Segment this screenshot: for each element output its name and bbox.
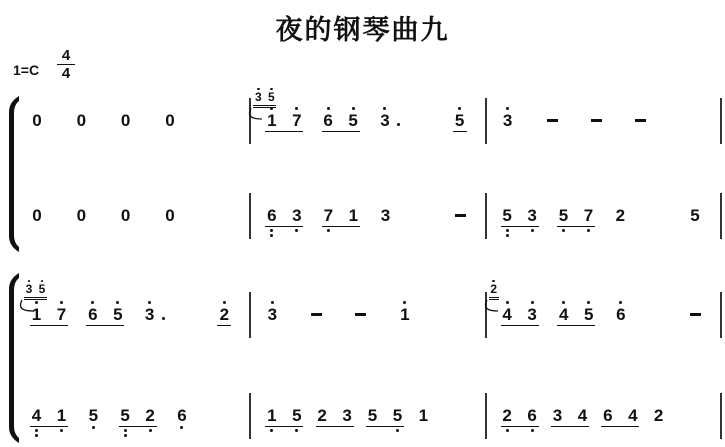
rest-note: 0 [163,103,177,129]
note-pair: 64 [601,398,639,440]
note-pair: 65 [322,103,360,145]
measure: 35176532 [22,297,249,339]
note-digit: 4 [501,306,514,323]
note-digit: 5 [290,407,303,424]
note-column [501,326,514,339]
measure: 243456 [487,297,720,339]
note-pair: 41 [30,398,68,440]
note-column [55,427,68,440]
rest-note: 0 [74,198,88,224]
beam-line [453,131,467,132]
note-pair: 55 [366,398,404,440]
measure: 415526 [22,398,249,440]
rest-note: 0 [30,103,44,129]
dash-glyph [355,313,366,316]
note-digit: 0 [119,112,133,129]
sustain-dash [354,297,367,316]
octave-dots-below [295,427,298,440]
octave-dots-below [124,427,127,440]
pair-octave-dots [119,427,157,440]
octave-dot [562,301,565,304]
octave-dots-below [295,227,298,240]
note-column: 4 [576,398,589,424]
note-column [557,227,570,240]
measure: 2634642 [487,398,720,440]
note-column: 5 [557,198,570,224]
octave-dot [587,301,590,304]
time-signature: 4 4 [57,47,75,82]
note-column [265,427,278,440]
pair-digits: 65 [322,103,360,129]
dash-glyph [591,119,602,122]
note-digit: 1 [265,407,278,424]
note-digit: 3 [341,407,354,424]
time-signature-denominator: 4 [57,65,75,82]
dash-glyph [690,313,701,316]
grace-beam-line [489,297,499,298]
note-column: 7 [322,198,335,224]
octave-dot [295,429,298,432]
pair-digits: 17 [30,297,68,323]
pair-octave-dots [557,227,595,240]
note-digit: 7 [322,207,335,224]
octave-dot [148,301,151,304]
pair-digits: 65 [86,297,124,323]
pair-octave-dots [86,326,124,339]
octave-dot [180,426,183,429]
pair-digits: 52 [119,398,157,424]
octave-dot [60,301,63,304]
octave-dot [587,229,590,232]
note-column: 2 [501,398,514,424]
octave-dot [149,429,152,432]
note-digit: 3 [253,91,263,103]
note-digit: 3 [378,207,392,224]
note-pair: 53 [501,198,539,240]
octave-dot [352,107,355,110]
note-column: 5 [290,398,303,424]
dash-glyph [455,214,466,217]
beam-line [217,325,231,326]
note-digit: 6 [175,407,189,424]
duration-dot [162,317,165,320]
note-digit: 4 [30,407,43,424]
note: 3 [378,103,392,129]
note-digit: 0 [74,207,88,224]
note-digit: 1 [55,407,68,424]
note-pair: 45 [557,297,595,339]
note-digit: 4 [576,407,589,424]
note-digit: 5 [37,283,47,295]
note-digit: 5 [119,407,132,424]
note-digit: 6 [265,207,278,224]
note-digit: 3 [265,306,279,323]
pair-octave-dots [265,427,303,440]
spacer [443,297,467,307]
measure: 535725 [487,198,720,240]
note-column: 3 [24,278,34,295]
spacer [646,297,670,307]
octave-dot [506,234,509,237]
note-digit: 5 [391,407,404,424]
octave-dot [562,229,565,232]
spacer [411,198,435,208]
spacer [678,103,702,113]
pair-octave-dots [501,427,539,440]
note-digit: 0 [74,112,88,129]
note-column: 3 [526,198,539,224]
pair-digits: 15 [265,398,303,424]
note-column [316,427,329,440]
note-column [322,227,335,240]
note-column: 6 [265,198,278,224]
pair-octave-dots [316,427,354,440]
note-column: 7 [290,103,303,129]
rest-note: 0 [119,103,133,129]
note-digit: 0 [119,207,133,224]
note-column [366,427,379,440]
octave-dots-below [531,427,534,440]
pair-octave-dots [366,427,404,440]
note-column [557,326,570,339]
note-column: 5 [347,103,360,129]
octave-dot [124,429,127,432]
octave-dot [506,301,509,304]
pair-octave-dots [265,132,303,145]
note-digit: 6 [614,306,628,323]
octave-dot [619,301,622,304]
sustain-dash [310,297,323,316]
note-column [30,326,43,339]
note-column: 7 [582,198,595,224]
note-column: 1 [347,198,360,224]
octave-dots-below [92,424,95,437]
spacer [207,103,231,113]
measure: 3 [487,103,720,129]
note-column: 3 [526,297,539,323]
rest-note: 0 [74,103,88,129]
note-digit: 5 [366,407,379,424]
note-digit: 3 [501,112,515,129]
pair-digits: 43 [501,297,539,323]
note-column [55,326,68,339]
note-column: 5 [391,398,404,424]
note-digit: 7 [55,306,68,323]
note-digit: 0 [30,112,44,129]
note-digit: 2 [501,407,514,424]
spacer [443,398,467,408]
spacer [175,297,199,307]
octave-dot [92,426,95,429]
octave-dot [124,434,127,437]
note-digit: 6 [322,112,335,129]
note-column: 3 [551,398,564,424]
note-digit: 6 [526,407,539,424]
octave-dot [270,234,273,237]
note-column [111,326,124,339]
note-digit: 6 [601,407,614,424]
octave-dots-below [60,427,63,440]
note-column: 5 [119,398,132,424]
octave-dots-below [587,227,590,240]
note-digit: 2 [652,407,666,424]
octave-dot [458,107,461,110]
note-column [265,132,278,145]
pair-octave-dots [322,132,360,145]
rest-note: 0 [30,198,44,224]
note-column: 4 [626,398,639,424]
note-pair: 15 [265,398,303,440]
note-digit: 2 [217,306,231,323]
octave-dot [35,429,38,432]
octave-dot [506,429,509,432]
octave-dot [403,301,406,304]
note-column: 4 [30,398,43,424]
note-column: 6 [526,398,539,424]
note-digit: 1 [347,207,360,224]
note-column: 6 [86,297,99,323]
octave-dots-below [396,427,399,440]
grace-beam-line [24,297,47,298]
pair-digits: 45 [557,297,595,323]
pair-octave-dots [30,427,68,440]
note: 5 [453,103,467,132]
octave-dots-below [506,427,509,440]
note-digit: 2 [489,283,499,295]
note-digit: 5 [453,112,467,129]
note-digit: 2 [316,407,329,424]
note-digit: 4 [626,407,639,424]
octave-dot [271,301,274,304]
barline [720,98,722,144]
octave-dot [506,107,509,110]
note-digit: 1 [416,407,430,424]
pair-digits: 64 [601,398,639,424]
note-digit: 5 [111,306,124,323]
octave-dots-below [270,227,273,240]
octave-dots-below [531,227,534,240]
dash-glyph [547,119,558,122]
barline [720,193,722,239]
octave-dot [116,301,119,304]
note-column: 3 [253,86,263,103]
note-column: 2 [316,398,329,424]
note-column: 5 [266,86,276,103]
note-pair: 26 [501,398,539,440]
octave-dot [60,429,63,432]
note-column: 5 [366,398,379,424]
rest-note: 0 [163,198,177,224]
octave-dot [327,107,330,110]
grace-note-group: 2 [489,278,499,300]
note-column: 5 [501,198,514,224]
time-signature-numerator: 4 [57,47,75,65]
note-digit: 0 [163,207,177,224]
note-pair: 17 [265,103,303,145]
barline [720,393,722,439]
octave-dot [223,301,226,304]
barline [720,292,722,338]
note-digit: 2 [613,207,627,224]
sustain-dash [590,103,603,122]
note-digit: 0 [30,207,44,224]
spacer [207,198,231,208]
note-pair: 23 [316,398,354,440]
octave-dots-below [35,427,38,440]
note-pair: 17 [30,297,68,339]
octave-dot [327,229,330,232]
note-column: 5 [37,278,47,295]
note-digit: 3 [290,207,303,224]
spacer [207,398,231,408]
spacer [678,398,702,408]
note-column [341,427,354,440]
staff-row-bass: 41552615235512634642 [22,398,722,440]
slur-curve [17,299,35,313]
note-column [119,427,132,440]
note-digit: 5 [266,91,276,103]
slur-curve [246,107,264,121]
pair-octave-dots [601,427,639,440]
pair-octave-dots [551,427,589,440]
note-column [601,427,614,440]
note-column: 1 [55,398,68,424]
note-column [290,132,303,145]
pair-octave-dots [30,326,68,339]
measure: 31 [251,297,484,323]
note-digit: 6 [86,306,99,323]
spacer [410,103,434,113]
note: 2 [652,398,666,424]
measure: 0000 [22,103,249,129]
grace-digits: 2 [489,278,499,295]
note-digit: 5 [557,207,570,224]
note-column: 3 [290,198,303,224]
note-column [551,427,564,440]
octave-dots-below [149,427,152,440]
octave-dot [531,301,534,304]
note: 1 [398,297,412,323]
note-column [391,427,404,440]
grace-digits: 35 [24,278,47,295]
slur-curve [482,299,500,313]
note-pair: 34 [551,398,589,440]
note-column [86,326,99,339]
octave-dot [531,229,534,232]
measure: 0000 [22,198,249,224]
octave-dot [383,107,386,110]
sheet-music-page: { "page": { "title": "夜的钢琴曲九", "key_sign… [0,0,725,447]
spacer [646,198,670,208]
note-digit: 5 [501,207,514,224]
note-column [626,427,639,440]
note-column: 7 [55,297,68,323]
note-column [347,132,360,145]
note-digit: 5 [86,407,100,424]
note-digit: 3 [551,407,564,424]
system-1: 0000351765353000063713535725 [0,92,725,264]
key-signature: 1=C [13,62,39,78]
note-column: 3 [341,398,354,424]
note-column: 4 [501,297,514,323]
pair-digits: 53 [501,198,539,224]
octave-dot [35,301,38,304]
octave-dot [506,229,509,232]
note: 3 [143,297,157,323]
note-column [265,227,278,240]
note-digit: 5 [347,112,360,129]
pair-octave-dots [501,326,539,339]
grace-beam-line [253,105,276,106]
pair-digits: 41 [30,398,68,424]
pair-octave-dots [557,326,595,339]
note-digit: 1 [265,112,278,129]
note-column [526,227,539,240]
sustain-dash [689,297,702,316]
note: 1 [416,398,430,424]
note-column: 6 [322,103,335,129]
note-column [582,326,595,339]
note-digit: 3 [526,306,539,323]
note-column [290,227,303,240]
note-pair: 43 [501,297,539,339]
note-column [322,132,335,145]
octave-dot [531,429,534,432]
dash-glyph [311,313,322,316]
note-digit: 1 [398,306,412,323]
note-column [144,427,157,440]
note-digit: 3 [24,283,34,295]
note: 5 [688,198,702,224]
octave-dot [295,107,298,110]
staff-row-melody: 0000351765353 [22,103,722,145]
octave-dots-below [327,227,330,240]
measure: 63713 [251,198,484,240]
pair-digits: 71 [322,198,360,224]
staff-row-bass: 000063713535725 [22,198,722,240]
note-column: 5 [111,297,124,323]
note-digit: 3 [143,306,157,323]
note-digit: 7 [290,112,303,129]
grace-note-group: 35 [24,278,47,300]
note-digit: 3 [526,207,539,224]
octave-dots-below [562,227,565,240]
sustain-dash [546,103,559,122]
note-digit: 5 [688,207,702,224]
octave-dots-below [506,227,509,240]
note-column: 1 [265,398,278,424]
note-column: 6 [601,398,614,424]
measure: 1523551 [251,398,484,440]
octave-dot [270,429,273,432]
pair-octave-dots [265,227,303,240]
pair-digits: 34 [551,398,589,424]
note-pair: 52 [119,398,157,440]
note-pair: 71 [322,198,360,240]
octave-dot [396,429,399,432]
octave-dot [270,229,273,232]
octave-dot [91,301,94,304]
note-digit: 3 [378,112,392,129]
pair-digits: 55 [366,398,404,424]
pair-digits: 63 [265,198,303,224]
measure: 35176535 [251,103,484,145]
note-column [501,227,514,240]
note-digit: 0 [163,112,177,129]
pair-digits: 26 [501,398,539,424]
grace-digits: 35 [253,86,276,103]
note: 2 [613,198,627,224]
